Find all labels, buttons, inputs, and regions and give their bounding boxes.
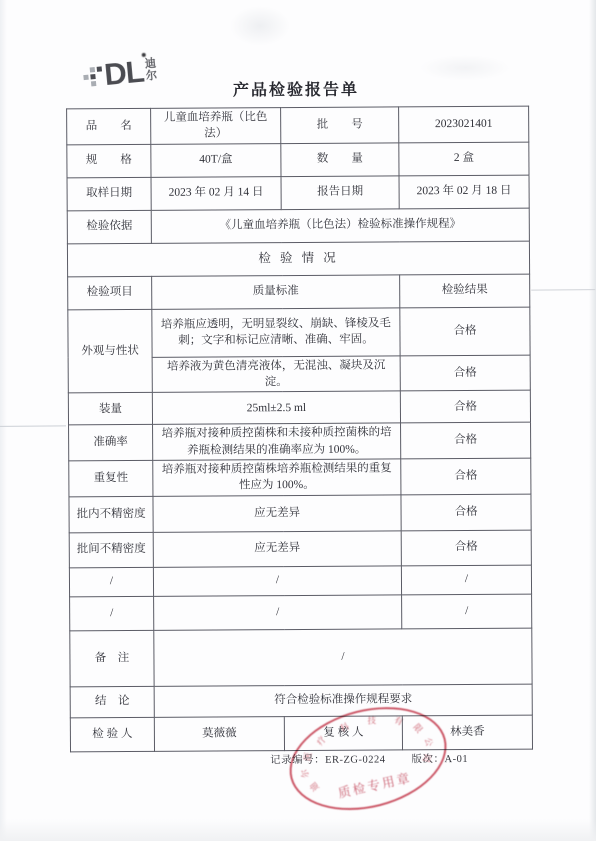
col-header-item: 检验项目: [68, 276, 152, 310]
value-spec: 40T/盒: [151, 143, 281, 177]
value-product-name: 儿童血培养瓶（比色法）: [151, 108, 281, 144]
scan-artifact-line: [531, 289, 595, 290]
value-remark: /: [154, 628, 532, 686]
value-sampling-date: 2023 年 02 月 14 日: [151, 176, 281, 210]
result-empty-2: /: [402, 594, 532, 629]
standard-appearance-1: 培养瓶应透明，无明显裂纹、崩缺、锋棱及毛刺；文字和标记应清晰、准确、牢固。: [152, 308, 400, 358]
value-quantity: 2 盒: [399, 142, 529, 176]
col-header-standard: 质量标准: [152, 275, 400, 310]
item-fill-volume: 装量: [68, 393, 152, 426]
label-quantity: 数 量: [281, 143, 399, 177]
label-product-name: 品 名: [67, 108, 151, 144]
row-basis: 检验依据 《儿童血培养瓶（比色法）检验标准操作规程》: [67, 208, 529, 244]
result-appearance-1: 合格: [400, 307, 530, 356]
label-batch-no: 批 号: [281, 107, 399, 143]
result-fill-volume: 合格: [400, 390, 530, 423]
row-conclusion: 结 论 符合检验标准操作规程要求: [70, 684, 532, 718]
value-batch-no: 2023021401: [399, 106, 529, 142]
label-report-date: 报告日期: [281, 176, 399, 210]
report-table: 品 名 儿童血培养瓶（比色法） 批 号 2023021401 规 格 40T/盒…: [66, 106, 533, 752]
row-product-batch: 品 名 儿童血培养瓶（比色法） 批 号 2023021401: [67, 106, 529, 144]
result-inter-batch: 合格: [401, 530, 531, 566]
item-accuracy: 准确率: [69, 425, 153, 461]
standard-appearance-2: 培养液为黄色清亮液体，无混浊、凝块及沉淀。: [152, 356, 400, 393]
item-empty-1: /: [69, 567, 153, 597]
result-repeatability: 合格: [401, 458, 531, 494]
document-sheet: DL 迪 尔 产品检验报告单 品 名 儿童血培养瓶（比色法） 批 号 20230…: [0, 0, 596, 841]
row-inspection-headers: 检验项目 质量标准 检验结果: [68, 274, 530, 310]
row-appearance-1: 外观与性状 培养瓶应透明，无明显裂纹、崩缺、锋棱及毛刺；文字和标记应清晰、准确、…: [68, 307, 530, 358]
section-title: 检 验 情 况: [67, 241, 529, 277]
item-inter-batch: 批间不精密度: [69, 532, 153, 568]
result-intra-batch: 合格: [401, 494, 531, 531]
report-title: 产品检验报告单: [0, 75, 594, 102]
row-dates: 取样日期 2023 年 02 月 14 日 报告日期 2023 年 02 月 1…: [67, 175, 529, 211]
row-empty-2: / / /: [70, 594, 532, 631]
standard-accuracy: 培养瓶对接种质控菌株和未接种质控菌株的培养瓶检测结果的准确率应为 100%。: [153, 423, 401, 460]
row-section-title: 检 验 情 况: [67, 241, 529, 277]
row-fill-volume: 装量 25ml±2.5 ml 合格: [68, 390, 530, 425]
row-repeatability: 重复性 培养瓶对接种质控菌株培养瓶检测结果的重复性应为 100%。 合格: [69, 458, 531, 496]
result-accuracy: 合格: [401, 422, 531, 458]
label-remark: 备 注: [70, 630, 154, 687]
row-spec-quantity: 规 格 40T/盒 数 量 2 盒: [67, 142, 529, 178]
label-spec: 规 格: [67, 144, 151, 178]
row-empty-1: / / /: [69, 565, 531, 597]
standard-repeatability: 培养瓶对接种质控菌株培养瓶检测结果的重复性应为 100%。: [153, 459, 401, 496]
value-conclusion: 符合检验标准操作规程要求: [154, 684, 532, 717]
item-empty-2: /: [70, 596, 154, 631]
col-header-result: 检验结果: [400, 274, 530, 308]
value-inspector: 莫薇薇: [154, 716, 284, 751]
row-intra-batch: 批内不精密度 应无差异 合格: [69, 494, 531, 533]
row-inter-batch: 批间不精密度 应无差异 合格: [69, 530, 531, 568]
result-empty-1: /: [401, 565, 531, 595]
item-intra-batch: 批内不精密度: [69, 496, 153, 533]
label-basis: 检验依据: [67, 210, 151, 244]
value-report-date: 2023 年 02 月 18 日: [399, 175, 529, 209]
row-remark: 备 注 /: [70, 628, 532, 687]
standard-fill-volume: 25ml±2.5 ml: [152, 391, 400, 425]
label-conclusion: 结 论: [70, 686, 154, 718]
standard-empty-1: /: [153, 565, 401, 596]
label-inspector: 检 验 人: [70, 717, 154, 752]
standard-inter-batch: 应无差异: [153, 530, 401, 567]
result-appearance-2: 合格: [400, 355, 530, 391]
standard-empty-2: /: [154, 594, 402, 630]
standard-intra-batch: 应无差异: [153, 494, 401, 532]
item-repeatability: 重复性: [69, 460, 153, 496]
value-basis: 《儿童血培养瓶（比色法）检验标准操作规程》: [151, 208, 529, 243]
item-appearance: 外观与性状: [68, 309, 153, 393]
label-sampling-date: 取样日期: [67, 177, 151, 211]
row-accuracy: 准确率 培养瓶对接种质控菌株和未接种质控菌株的培养瓶检测结果的准确率应为 100…: [69, 422, 531, 460]
scan-artifact-line: [0, 425, 66, 426]
